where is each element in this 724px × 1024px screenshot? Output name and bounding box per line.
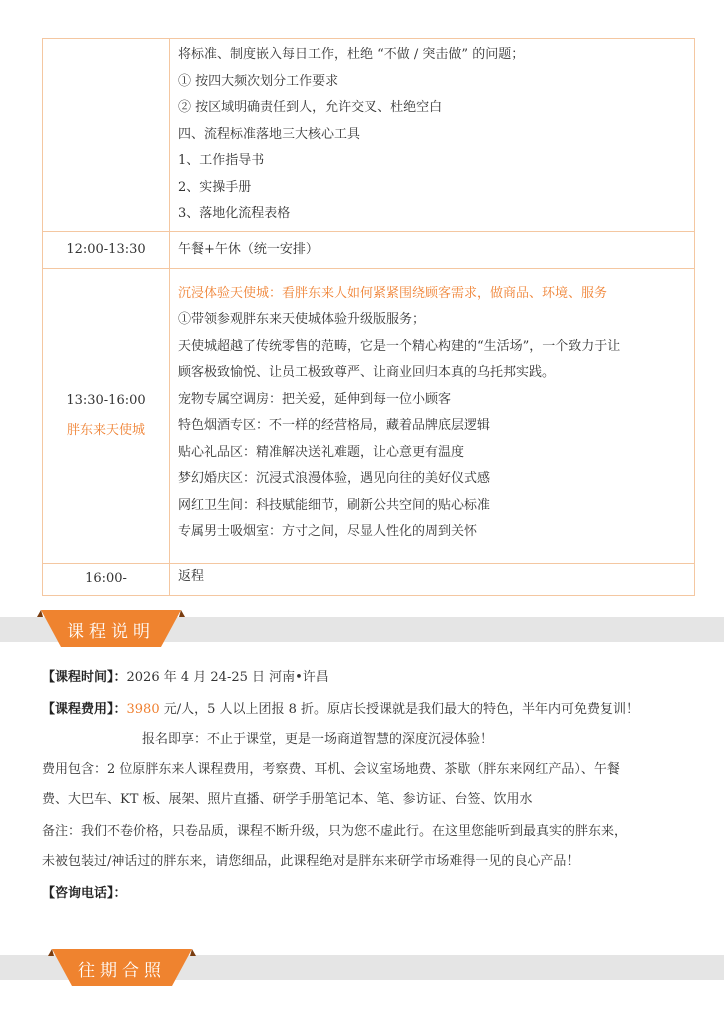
schedule-line: ① 按四大频次划分工作要求 <box>178 69 690 96</box>
schedule-content-cell: 午餐+午休（统一安排） <box>170 232 695 269</box>
schedule-line: 2、实操手册 <box>178 175 690 202</box>
schedule-row: 将标准、制度嵌入每日工作，杜绝 “不做 / 突击做” 的问题； ① 按四大频次划… <box>43 39 695 232</box>
schedule-time-cell: 16:00- <box>43 564 170 596</box>
schedule-line: 将标准、制度嵌入每日工作，杜绝 “不做 / 突击做” 的问题； <box>178 42 690 69</box>
schedule-line: 顾客极致愉悦、让员工极致尊严、让商业回归本真的乌托邦实践。 <box>178 360 690 387</box>
schedule-content-cell: 沉浸体验天使城：看胖东来人如何紧紧围绕顾客需求，做商品、环境、服务 ①带领参观胖… <box>170 269 695 564</box>
schedule-line: ② 按区域明确责任到人，允许交叉、杜绝空白 <box>178 95 690 122</box>
schedule-line: 宠物专属空调房：把关爱，延伸到每一位小顾客 <box>178 387 690 414</box>
course-time-label: 【课程时间】： <box>42 670 127 685</box>
schedule-line: 专属男士吸烟室：方寸之间，尽显人性化的周到关怀 <box>178 519 690 546</box>
schedule-line: 贴心礼品区：精准解决送礼难题，让心意更有温度 <box>178 440 690 467</box>
schedule-row: 13:30-16:00 胖东来天使城 沉浸体验天使城：看胖东来人如何紧紧围绕顾客… <box>43 269 695 564</box>
schedule-heading: 沉浸体验天使城：看胖东来人如何紧紧围绕顾客需求，做商品、环境、服务 <box>178 281 690 308</box>
schedule-table: 将标准、制度嵌入每日工作，杜绝 “不做 / 突击做” 的问题； ① 按四大频次划… <box>42 38 695 596</box>
schedule-line: 网红卫生间：科技赋能细节，刷新公共空间的贴心标准 <box>178 493 690 520</box>
course-includes-line: 费、大巴车、KT 板、展架、照片直播、研学手册笔记本、笔、参访证、台签、饮用水 <box>42 788 533 807</box>
section-title: 课程说明 <box>37 617 185 642</box>
schedule-time: 16:00- <box>85 571 127 586</box>
course-fee-text: 元/人，5 人以上团报 8 折。原店长授课就是我们最大的特色，半年内可免费复训！ <box>160 702 639 717</box>
schedule-row: 16:00- 返程 <box>43 564 695 596</box>
schedule-line: 特色烟酒专区：不一样的经营格局，藏着品牌底层逻辑 <box>178 413 690 440</box>
course-time: 【课程时间】：2026 年 4 月 24-25 日 河南•许昌 <box>42 666 329 685</box>
course-fee-bonus: 报名即享：不止于课堂，更是一场商道智慧的深度沉浸体验！ <box>142 728 493 747</box>
course-note-line: 备注：我们不卷价格，只卷品质，课程不断升级，只为您不虚此行。在这里您能听到最真实… <box>42 820 627 839</box>
schedule-time: 12:00-13:30 <box>66 242 145 257</box>
consult-phone-label: 【咨询电话】： <box>42 882 127 901</box>
schedule-time-cell: 13:30-16:00 胖东来天使城 <box>43 269 170 564</box>
schedule-line: 1、工作指导书 <box>178 148 690 175</box>
schedule-time: 13:30-16:00 <box>43 386 169 416</box>
schedule-line: 午餐+午休（统一安排） <box>178 237 690 264</box>
section-title: 往期合照 <box>48 956 196 981</box>
schedule-location: 胖东来天使城 <box>43 416 169 446</box>
section-banner-past-photos: 往期合照 <box>48 949 196 986</box>
schedule-content-cell: 返程 <box>170 564 695 596</box>
course-note-line: 未被包装过/神话过的胖东来，请您细品，此课程绝对是胖东来研学市场难得一见的良心产… <box>42 850 579 869</box>
schedule-line: 返程 <box>178 564 690 591</box>
course-fee-label: 【课程费用】： <box>42 702 127 717</box>
course-info: 【课程时间】：2026 年 4 月 24-25 日 河南•许昌 【课程费用】：3… <box>42 660 712 910</box>
schedule-line: ①带领参观胖东来天使城体验升级版服务； <box>178 307 690 334</box>
schedule-line: 天使城超越了传统零售的范畴，它是一个精心构建的“生活场”，一个致力于让 <box>178 334 690 361</box>
course-fee-amount: 3980 <box>127 702 160 717</box>
schedule-time-cell <box>43 39 170 232</box>
section-banner-course-info: 课程说明 <box>37 610 185 647</box>
course-time-value: 2026 年 4 月 24-25 日 河南•许昌 <box>127 670 329 685</box>
schedule-line: 3、落地化流程表格 <box>178 201 690 228</box>
schedule-time-cell: 12:00-13:30 <box>43 232 170 269</box>
schedule-line: 四、流程标准落地三大核心工具 <box>178 122 690 149</box>
schedule-row: 12:00-13:30 午餐+午休（统一安排） <box>43 232 695 269</box>
schedule-content-cell: 将标准、制度嵌入每日工作，杜绝 “不做 / 突击做” 的问题； ① 按四大频次划… <box>170 39 695 232</box>
course-fee: 【课程费用】：3980 元/人，5 人以上团报 8 折。原店长授课就是我们最大的… <box>42 698 639 717</box>
course-includes-line: 费用包含：2 位原胖东来人课程费用，考察费、耳机、会议室场地费、茶歇（胖东来网红… <box>42 758 620 777</box>
schedule-line: 梦幻婚庆区：沉浸式浪漫体验，遇见向往的美好仪式感 <box>178 466 690 493</box>
